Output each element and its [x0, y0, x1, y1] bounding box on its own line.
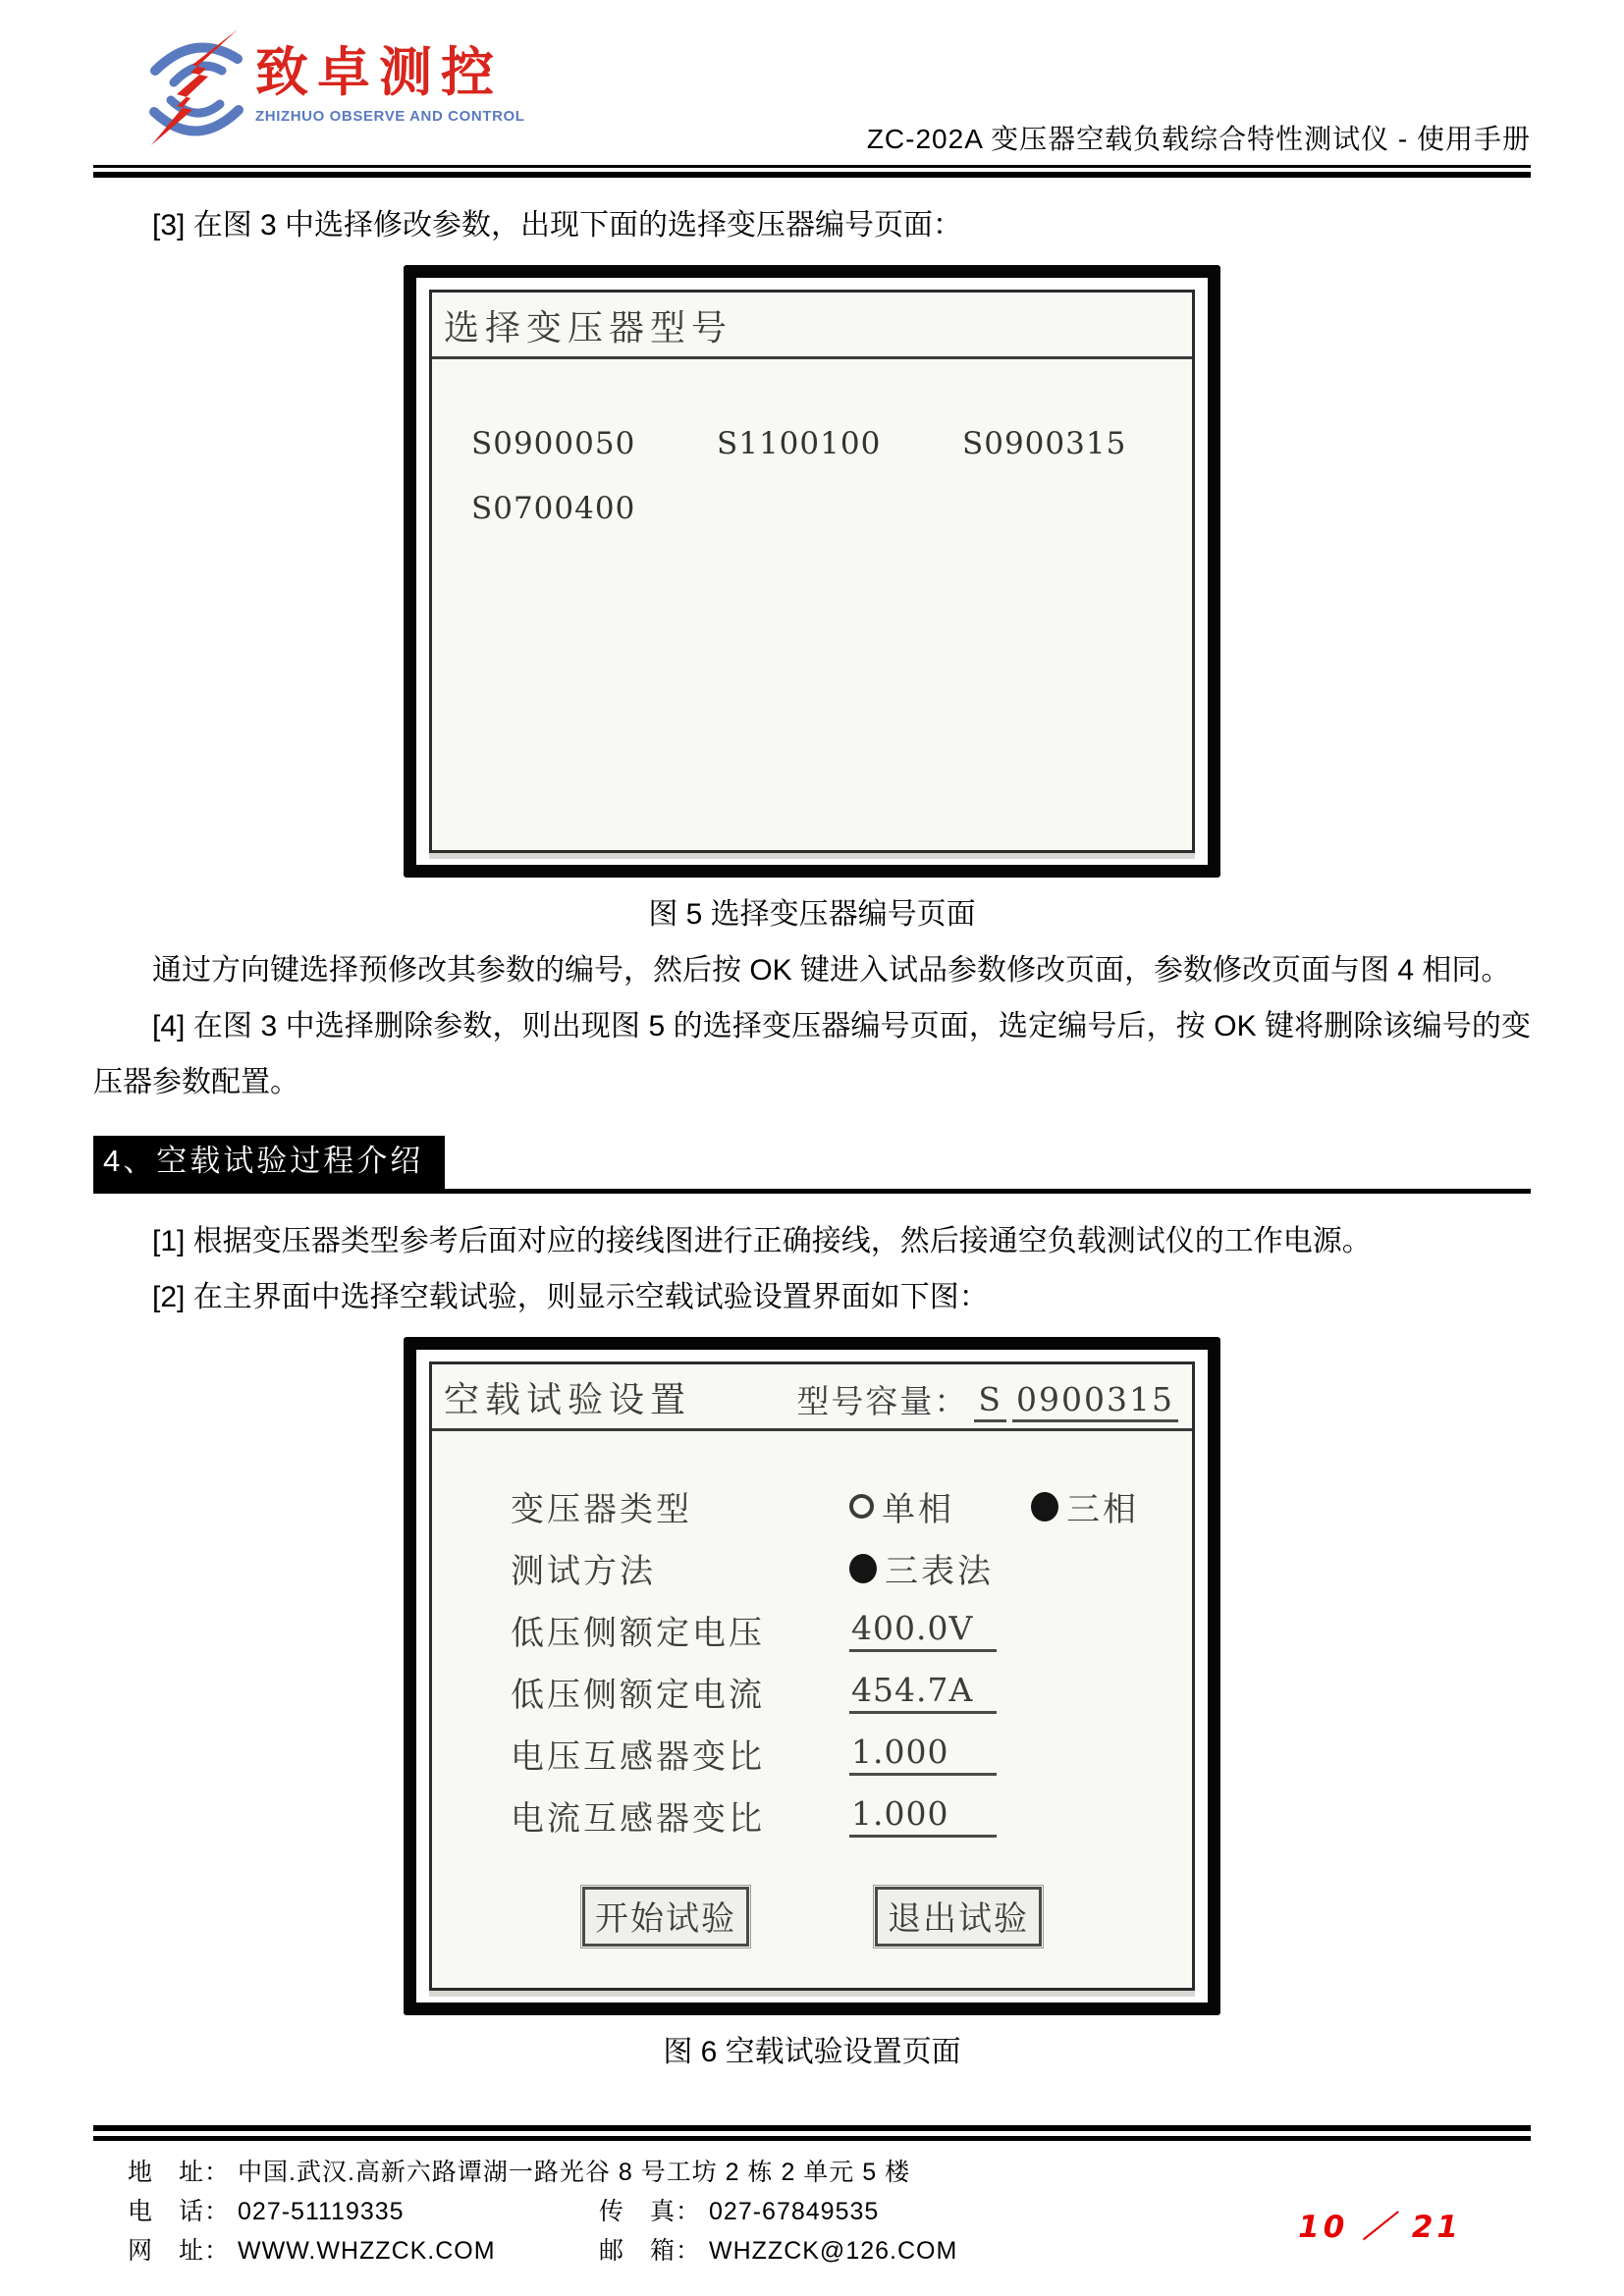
manual-page: 致卓测控 ZHIZHUO OBSERVE AND CONTROL ZC-202A…: [0, 0, 1624, 2296]
address-label: 地 址：: [128, 2153, 230, 2192]
model-capacity-value: 0900315: [1012, 1380, 1178, 1422]
section-4-heading: 4、空载试验过程介绍: [93, 1136, 445, 1189]
page-number: 10 ／ 21: [1298, 2202, 1462, 2246]
figure6-screen-title: 空载试验设置: [444, 1372, 691, 1422]
paragraph-step1: [1] 根据变压器类型参考后面对应的接线图进行正确接线，然后接通空负载测试仪的工…: [93, 1213, 1531, 1269]
website-value: WWW.WHZZCK.COM: [238, 2231, 496, 2270]
paragraph-after-fig5: 通过方向键选择预修改其参数的编号，然后按 OK 键进入试品参数修改页面，参数修改…: [93, 942, 1531, 998]
voltage-transformer-ratio-row: 电压互感器变比 1.000: [511, 1730, 1172, 1778]
paragraph-step3: [3] 在图 3 中选择修改参数，出现下面的选择变压器编号页面：: [93, 197, 1531, 253]
brand-text: 致卓测控 ZHIZHUO OBSERVE AND CONTROL: [255, 29, 525, 125]
start-test-button: 开始试验: [582, 1887, 749, 1947]
figure6-title-bar: 空载试验设置 型号容量： S 0900315: [432, 1364, 1192, 1431]
page-header: 致卓测控 ZHIZHUO OBSERVE AND CONTROL ZC-202A…: [0, 0, 1624, 165]
transformer-type-row: 变压器类型 单相 三相: [511, 1482, 1172, 1530]
current-transformer-ratio-value: 1.000: [849, 1794, 997, 1838]
option-three-phase-label: 三相: [1066, 1482, 1139, 1530]
exit-test-button: 退出试验: [875, 1887, 1042, 1947]
radio-unchecked-icon: [849, 1494, 874, 1519]
figure6-screen: 空载试验设置 型号容量： S 0900315 变压器类型 单相: [429, 1362, 1195, 1991]
option-single-phase-label: 单相: [882, 1482, 954, 1530]
figure6-screen-frame: 空载试验设置 型号容量： S 0900315 变压器类型 单相: [404, 1337, 1220, 2015]
fax-label: 传 真：: [599, 2192, 701, 2231]
website-cell: 网 址： WWW.WHZZCK.COM: [128, 2231, 599, 2270]
current-transformer-ratio-row: 电流互感器变比 1.000: [511, 1791, 1172, 1840]
option-three-meter-label: 三表法: [885, 1544, 994, 1592]
figure5-model-list: S0900050 S1100100 S0900315 S0700400: [432, 359, 1192, 850]
figure5-title-bar: 选择变压器型号: [432, 293, 1192, 359]
page-footer: 地 址： 中国.武汉.高新六路谭湖一路光谷 8 号工坊 2 栋 2 单元 5 楼…: [93, 2125, 1531, 2270]
email-label: 邮 箱：: [599, 2231, 701, 2270]
document-title: ZC-202A 变压器空载负载综合特性测试仪 - 使用手册: [867, 118, 1531, 157]
zhizhuo-logo-icon: [147, 29, 245, 145]
header-divider: [93, 165, 1531, 178]
footer-divider: [93, 2125, 1531, 2141]
figure5-caption: 图 5 选择变压器编号页面: [93, 889, 1531, 933]
current-transformer-ratio-label: 电流互感器变比: [511, 1791, 849, 1840]
voltage-transformer-ratio-label: 电压互感器变比: [511, 1730, 849, 1778]
radio-checked-icon: [849, 1554, 877, 1583]
website-label: 网 址：: [128, 2231, 230, 2270]
rated-current-label: 低压侧额定电流: [511, 1668, 849, 1716]
brand-name-cn: 致卓测控: [255, 43, 525, 102]
email-cell: 邮 箱： WHZZCK@126.COM: [599, 2231, 957, 2270]
model-item: S0700400: [471, 491, 717, 526]
paragraph-step2: [2] 在主界面中选择空载试验，则显示空载试验设置界面如下图：: [93, 1269, 1531, 1325]
model-item: S0900315: [962, 426, 1208, 461]
brand-name-en: ZHIZHUO OBSERVE AND CONTROL: [255, 108, 525, 125]
test-method-label: 测试方法: [511, 1544, 849, 1592]
figure5-screen-title: 选择变压器型号: [444, 300, 732, 350]
figure6-caption: 图 6 空载试验设置页面: [93, 2027, 1531, 2070]
option-three-phase: 三相: [1031, 1482, 1139, 1530]
address-row: 地 址： 中国.武汉.高新六路谭湖一路光谷 8 号工坊 2 栋 2 单元 5 楼: [128, 2153, 1531, 2192]
option-single-phase: 单相: [849, 1482, 954, 1530]
fax-value: 027-67849535: [709, 2192, 879, 2231]
phone-value: 027-51119335: [238, 2192, 405, 2231]
rated-voltage-row: 低压侧额定电压 400.0V: [511, 1606, 1172, 1654]
figure5-screen-frame: 选择变压器型号 S0900050 S1100100 S0900315 S0700…: [404, 265, 1220, 878]
model-grid: S0900050 S1100100 S0900315 S0700400: [471, 426, 1192, 526]
address-value: 中国.武汉.高新六路谭湖一路光谷 8 号工坊 2 栋 2 单元 5 楼: [238, 2153, 910, 2192]
fax-cell: 传 真： 027-67849535: [599, 2192, 879, 2231]
rated-voltage-value: 400.0V: [849, 1609, 997, 1652]
model-item: S1100100: [717, 426, 962, 461]
page-content: [3] 在图 3 中选择修改参数，出现下面的选择变压器编号页面： 选择变压器型号…: [0, 197, 1624, 2070]
figure6-settings: 变压器类型 单相 三相 测试方法: [432, 1431, 1192, 1988]
figure-6: 空载试验设置 型号容量： S 0900315 变压器类型 单相: [404, 1337, 1220, 2015]
rated-current-value: 454.7A: [849, 1671, 997, 1714]
email-value: WHZZCK@126.COM: [709, 2231, 957, 2270]
model-capacity-prefix: S: [974, 1380, 1006, 1422]
paragraph-step4: [4] 在图 3 中选择删除参数，则出现图 5 的选择变压器编号页面，选定编号后…: [93, 998, 1531, 1110]
phone-cell: 电 话： 027-51119335: [128, 2192, 599, 2231]
figure5-screen: 选择变压器型号 S0900050 S1100100 S0900315 S0700…: [429, 290, 1195, 853]
model-capacity-field: 型号容量： S 0900315: [796, 1376, 1178, 1422]
model-capacity-label: 型号容量：: [796, 1376, 968, 1422]
company-logo: 致卓测控 ZHIZHUO OBSERVE AND CONTROL: [147, 29, 525, 145]
voltage-transformer-ratio-value: 1.000: [849, 1733, 997, 1776]
figure6-buttons-row: 开始试验 退出试验: [511, 1887, 1172, 1947]
rated-current-row: 低压侧额定电流 454.7A: [511, 1668, 1172, 1716]
radio-checked-icon: [1031, 1492, 1058, 1522]
test-method-row: 测试方法 三表法: [511, 1544, 1172, 1592]
phone-label: 电 话：: [128, 2192, 230, 2231]
rated-voltage-label: 低压侧额定电压: [511, 1606, 849, 1654]
figure-5: 选择变压器型号 S0900050 S1100100 S0900315 S0700…: [404, 265, 1220, 878]
option-three-meter-method: 三表法: [849, 1544, 994, 1592]
transformer-type-label: 变压器类型: [511, 1482, 849, 1530]
section-4-heading-rule: 4、空载试验过程介绍: [93, 1136, 1531, 1194]
model-item: S0900050: [471, 426, 717, 461]
